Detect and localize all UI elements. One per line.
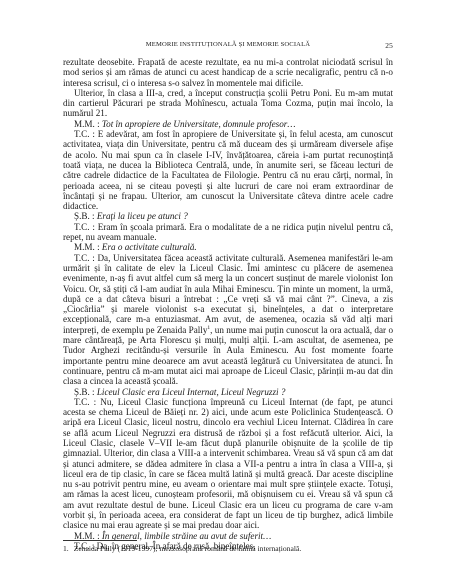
speaker-label: M.M. : bbox=[74, 119, 100, 129]
answer-paragraph: T.C. : Eram în școala primară. Era o mod… bbox=[63, 222, 393, 243]
running-header: MEMORIE INSTITUȚIONALĂ ȘI MEMORIE SOCIAL… bbox=[63, 41, 393, 53]
answer-text: Eram în școala primară. Era o modalitate… bbox=[63, 222, 393, 242]
interviewer-question: Ș.B. : Liceul Clasic era Liceul Internat… bbox=[63, 387, 393, 397]
question-text: Tot în apropiere de Universitate, domnul… bbox=[102, 119, 296, 129]
answer-paragraph: T.C. : Da, Universitatea făcea această a… bbox=[63, 253, 393, 387]
paragraph: rezultate deosebite. Frapată de aceste r… bbox=[63, 57, 393, 88]
footnote: 1.Zenaida Pally (1919-1997), mezzosopran… bbox=[63, 544, 393, 553]
footnote-divider bbox=[63, 540, 137, 541]
paragraph: Ulterior, în clasa a III-a, cred, a înce… bbox=[63, 88, 393, 119]
book-page: MEMORIE INSTITUȚIONALĂ ȘI MEMORIE SOCIAL… bbox=[0, 0, 452, 584]
interviewer-question: M.M. : Tot în apropiere de Universitate,… bbox=[63, 119, 393, 129]
footnote-text: Zenaida Pally (1919-1997), mezzosoprană … bbox=[74, 544, 302, 553]
answer-paragraph: T.C. : E adevărat, am fost în apropiere … bbox=[63, 129, 393, 211]
speaker-label: Ș.B. : bbox=[74, 387, 95, 397]
paragraph-text: rezultate deosebite. Frapată de aceste r… bbox=[63, 57, 393, 88]
page-number: 25 bbox=[385, 41, 393, 50]
question-text: Liceul Clasic era Liceul Internat, Liceu… bbox=[97, 387, 286, 397]
question-text: Erați la liceu pe atunci ? bbox=[97, 211, 188, 221]
interview-text: rezultate deosebite. Frapată de aceste r… bbox=[63, 57, 393, 551]
interviewer-question: M.M. : Era o activitate culturală. bbox=[63, 242, 393, 252]
answer-text: Da, Universitatea făcea această activita… bbox=[63, 253, 393, 335]
footnote-number: 1. bbox=[63, 544, 69, 553]
paragraph-text: Ulterior, în clasa a III-a, cred, a înce… bbox=[63, 88, 393, 119]
answer-text: E adevărat, am fost în apropiere de Univ… bbox=[63, 129, 393, 211]
answer-paragraph: T.C. : Nu, Liceul Clasic funcționa împre… bbox=[63, 397, 393, 531]
speaker-label: T.C. : bbox=[74, 129, 95, 139]
speaker-label: M.M. : bbox=[74, 242, 100, 252]
interviewer-question: Ș.B. : Erați la liceu pe atunci ? bbox=[63, 211, 393, 221]
speaker-label: T.C. : bbox=[74, 253, 95, 263]
running-title: MEMORIE INSTITUȚIONALĂ ȘI MEMORIE SOCIAL… bbox=[63, 41, 393, 48]
speaker-label: Ș.B. : bbox=[74, 211, 95, 221]
speaker-label: T.C. : bbox=[74, 222, 95, 232]
answer-text: Nu, Liceul Clasic funcționa împreună cu … bbox=[63, 397, 393, 531]
question-text: Era o activitate culturală. bbox=[102, 242, 197, 252]
speaker-label: T.C. : bbox=[74, 397, 96, 407]
